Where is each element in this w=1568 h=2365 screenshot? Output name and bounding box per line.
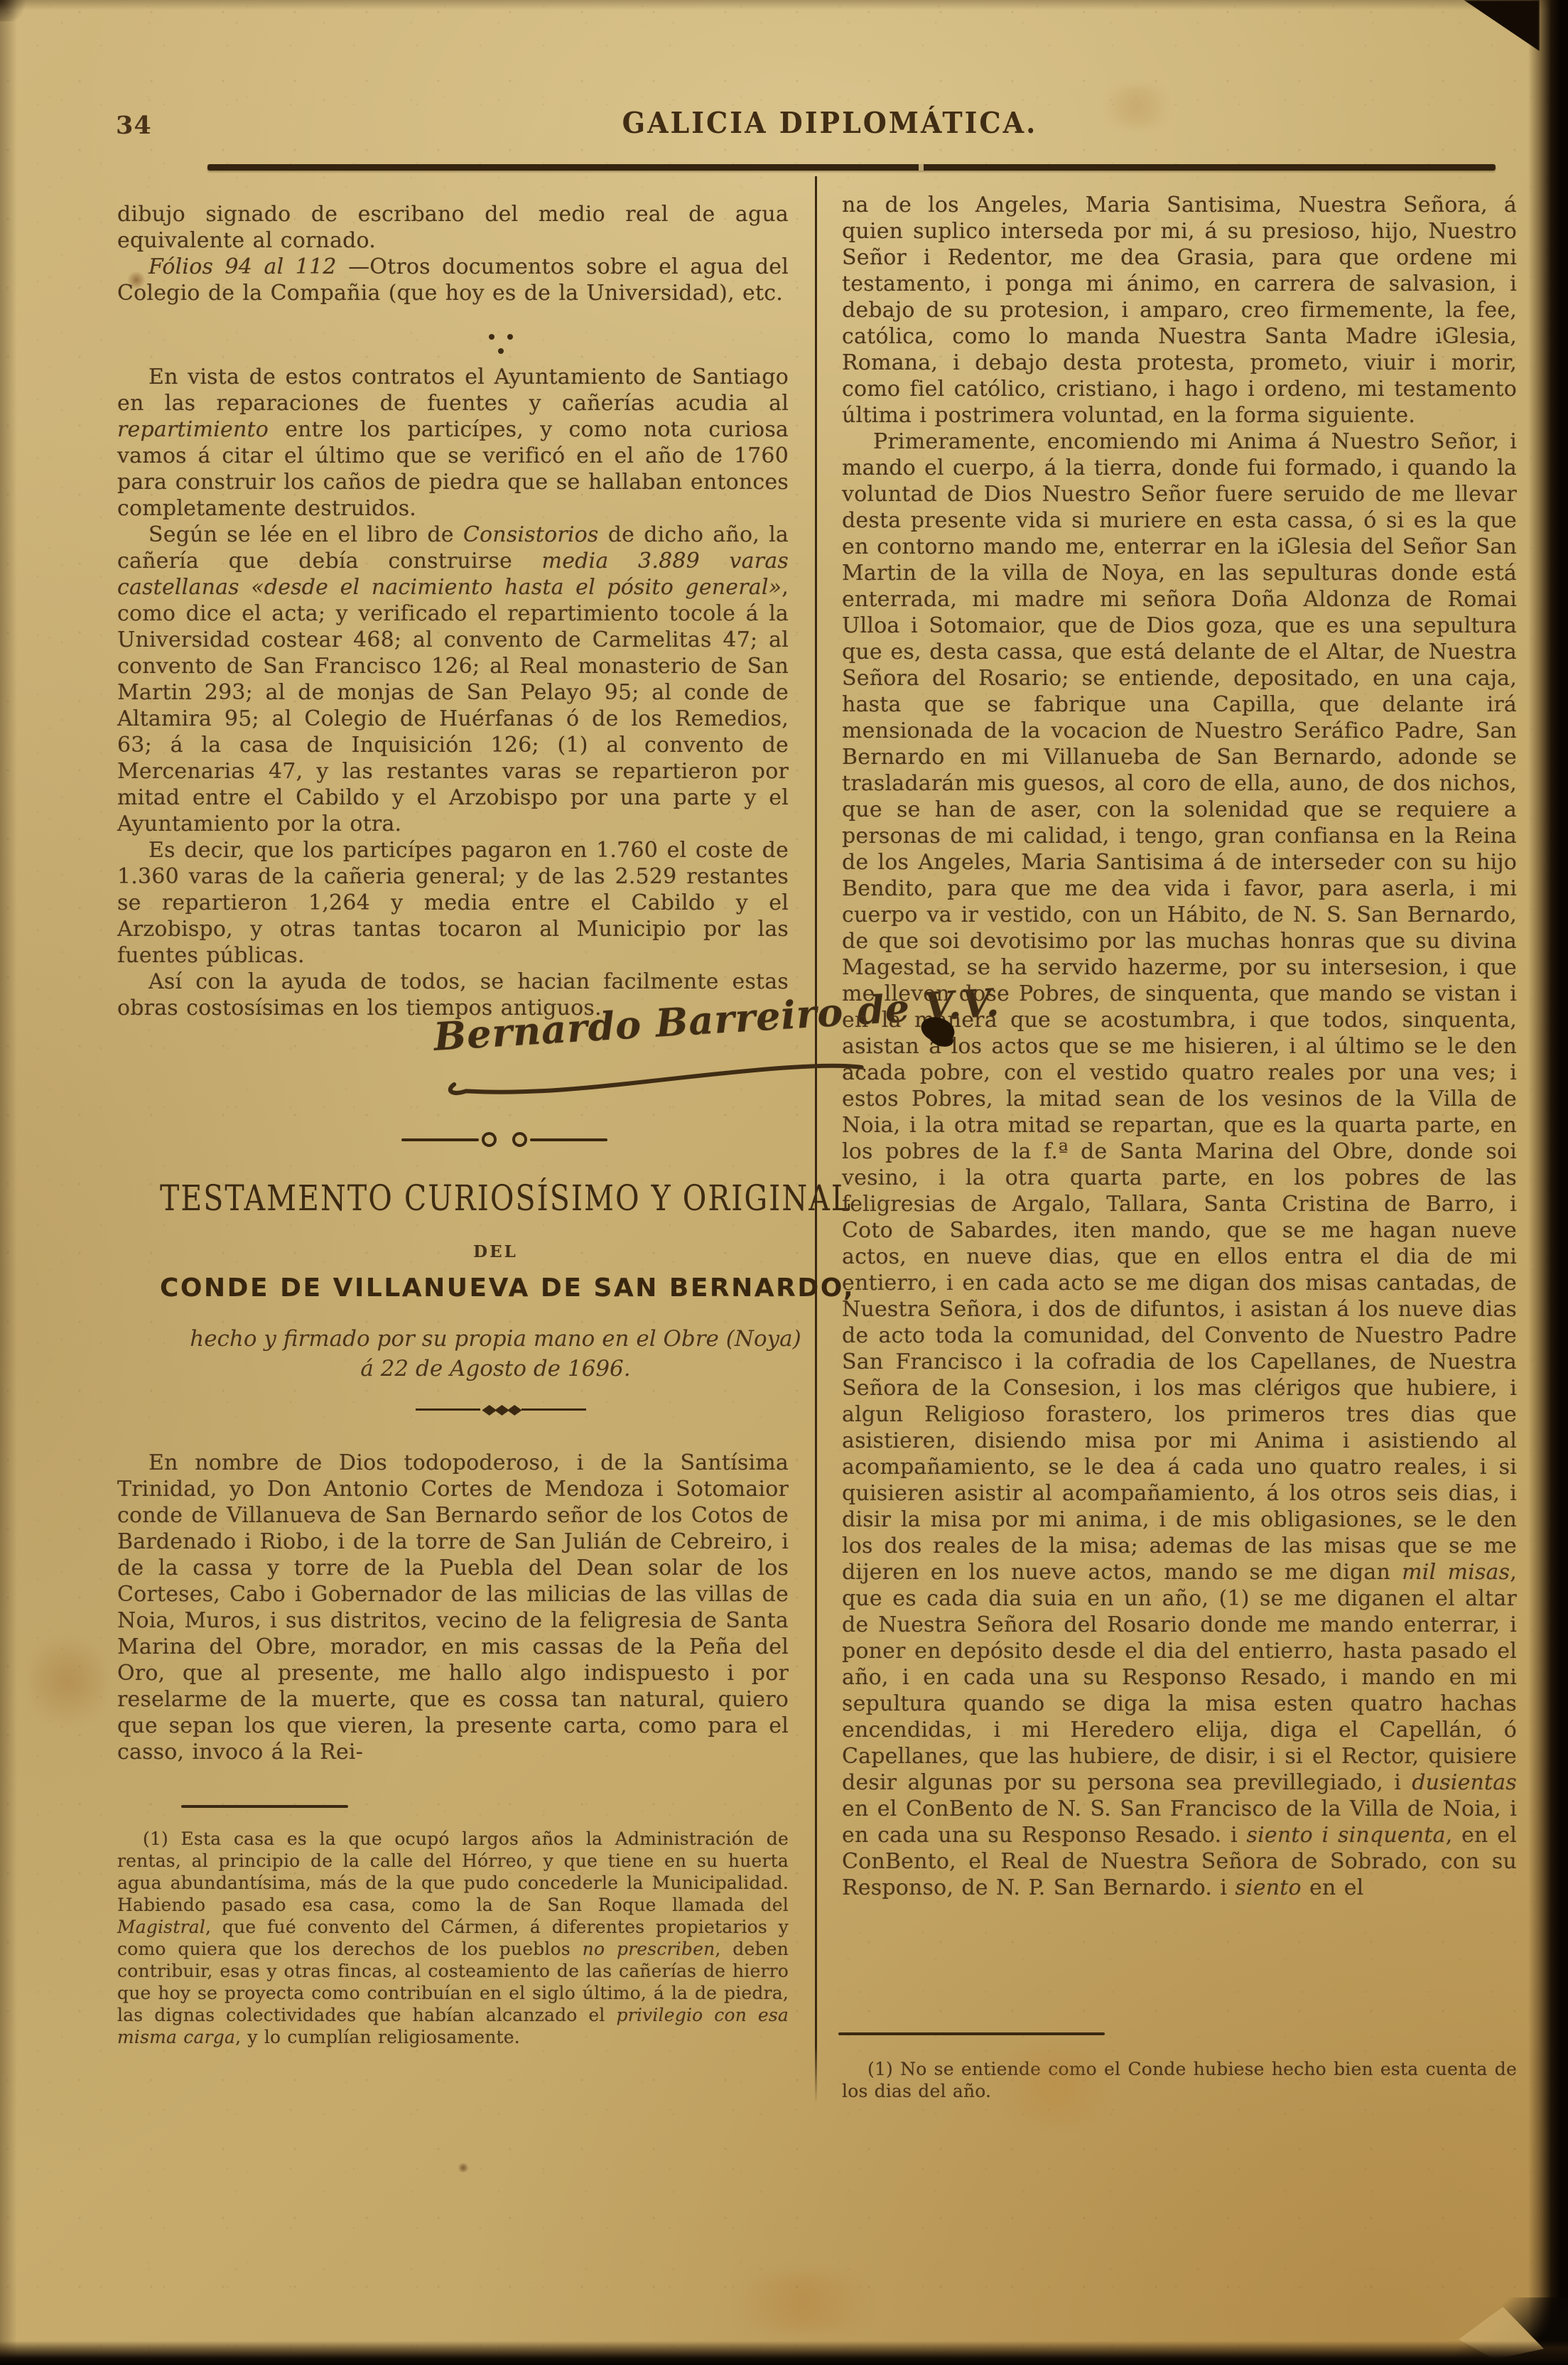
paper-stain: [710, 2274, 895, 2331]
paragraph: Según se lée en el libro de Consistorios…: [117, 522, 789, 837]
paragraph: Primeramente, encomiendo mi Anima á Nues…: [842, 429, 1517, 1901]
article-dateline-line2: á 22 de Agosto de 1696.: [160, 1356, 831, 1381]
article-dateline-line1: hecho y firmado por su propia mano en el…: [160, 1326, 831, 1352]
paragraph: En nombre de Dios todopoderoso, i de la …: [117, 1450, 789, 1765]
scanned-newspaper-page: 34 GALICIA DIPLOMÁTICA. dibujo signado d…: [0, 0, 1568, 2365]
right-column-paragraphs: na de los Angeles, Maria Santisima, Nues…: [842, 192, 1517, 1901]
paper-stain: [28, 1627, 107, 1734]
left-edge-shadow: [0, 0, 17, 2365]
left-column-top-paragraphs: dibujo signado de escribano del medio re…: [117, 201, 789, 306]
left-column-mid-paragraphs: En vista de estos contratos el Ayuntamie…: [117, 364, 789, 1021]
article-subtitle-conde: CONDE DE VILLANUEVA DE SAN BERNARDO,: [160, 1273, 831, 1303]
paper-stain: [1094, 85, 1179, 128]
right-footnote: (1) No se entiende como el Conde hubiese…: [842, 2058, 1517, 2102]
bottom-scan-edge: [0, 2341, 1568, 2365]
paragraph: Es decir, que los particípes pagaron en …: [117, 837, 789, 969]
ornament-divider-icon: ◆◆◆: [416, 1399, 586, 1421]
right-footnote-rule: [838, 2032, 1105, 2035]
paragraph: (1) Esta casa es la que ocupó largos año…: [117, 1828, 789, 2048]
page-number: 34: [116, 111, 152, 140]
paragraph: dibujo signado de escribano del medio re…: [117, 201, 789, 254]
right-scan-edge: [1528, 0, 1568, 2365]
top-left-corner-mark: [0, 0, 28, 21]
section-divider-icon: [401, 1132, 607, 1147]
paragraph: (1) No se entiende como el Conde hubiese…: [842, 2058, 1517, 2102]
paragraph: En vista de estos contratos el Ayuntamie…: [117, 364, 789, 522]
journal-title: GALICIA DIPLOMÁTICA.: [622, 105, 1038, 140]
left-column-will-paragraph: En nombre de Dios todopoderoso, i de la …: [117, 1450, 789, 1765]
article-title: TESTAMENTO CURIOSÍSIMO Y ORIGINAL: [160, 1178, 831, 1219]
top-edge-shadow: [0, 0, 1568, 10]
left-footnote-rule: [181, 1805, 348, 1808]
paper-stain: [458, 2163, 469, 2172]
paragraph: na de los Angeles, Maria Santisima, Nues…: [842, 192, 1517, 429]
asterism-dinkus-icon: [483, 333, 523, 357]
article-subtitle-del: DEL: [160, 1242, 831, 1261]
signature-flourish-icon: [443, 1050, 871, 1104]
left-footnote: (1) Esta casa es la que ocupó largos año…: [117, 1828, 789, 2048]
paragraph: Fólios 94 al 112 —Otros documentos sobre…: [117, 254, 789, 306]
column-divider-rule: [815, 176, 817, 2103]
header-rule: [207, 164, 1496, 171]
